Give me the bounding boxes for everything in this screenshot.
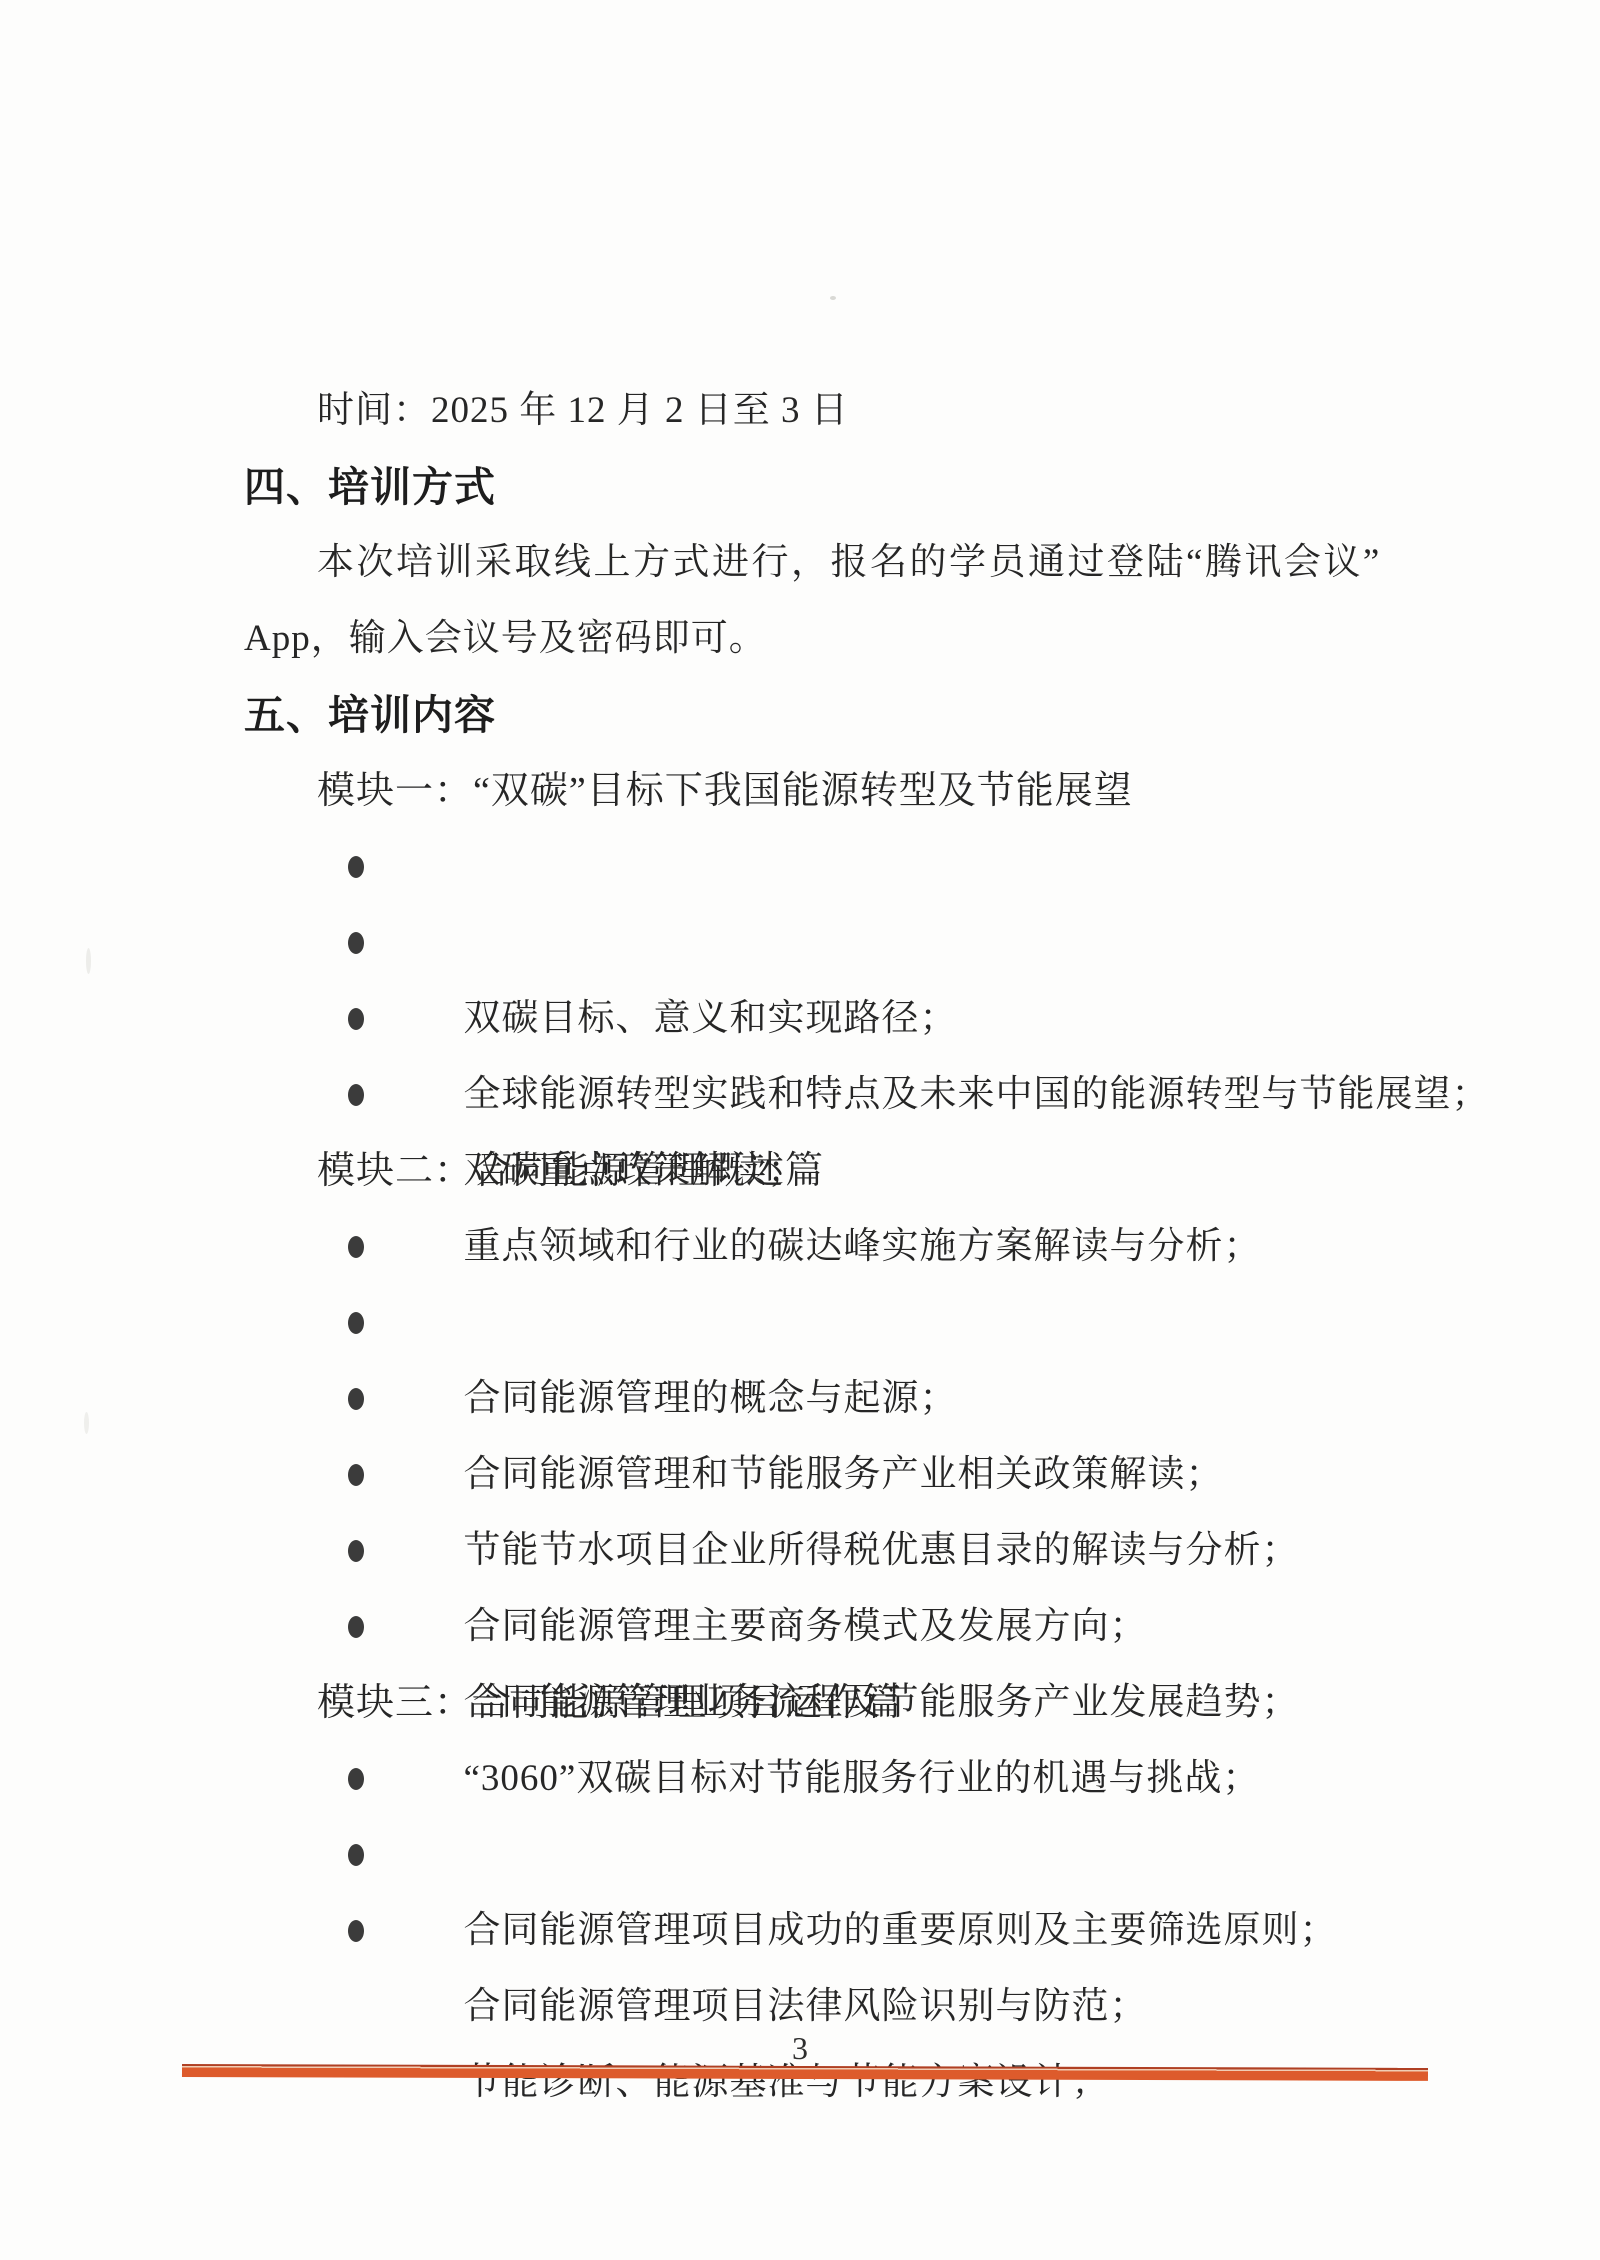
section-4-paragraph-line-2: App，输入会议号及密码即可。 xyxy=(244,601,1440,677)
bullet-item: 双碳目标、意义和实现路径； xyxy=(244,829,1440,905)
document-body: 时间：2025 年 12 月 2 日至 3 日 四、培训方式 本次培训采取线上方… xyxy=(244,373,1440,1969)
bullet-text: 合同能源管理项目法律风险识别与防范； xyxy=(464,1986,1148,2027)
module-1-title: 模块一：“双碳”目标下我国能源转型及节能展望 xyxy=(244,753,1440,829)
bullet-item: 全球能源转型实践和特点及未来中国的能源转型与节能展望； xyxy=(244,905,1440,981)
bullet-item: 合同能源管理业务流程及节能服务产业发展趋势； xyxy=(244,1513,1440,1589)
bullet-icon xyxy=(348,932,364,954)
time-line: 时间：2025 年 12 月 2 日至 3 日 xyxy=(244,373,1440,449)
bullet-icon xyxy=(348,1768,364,1790)
section-5-heading: 五、培训内容 xyxy=(244,677,1440,753)
bullet-item: 合同能源管理的概念与起源； xyxy=(244,1209,1440,1285)
footer-rule xyxy=(182,2064,1428,2081)
bullet-icon xyxy=(348,1616,364,1638)
bullet-icon xyxy=(348,1084,364,1106)
bullet-text: 合同能源管理业务流程及节能服务产业发展趋势； xyxy=(464,1682,1300,1723)
bullet-icon xyxy=(348,856,364,878)
bullet-item: 合同能源管理和节能服务产业相关政策解读； xyxy=(244,1285,1440,1361)
section-4-paragraph-line-1: 本次培训采取线上方式进行，报名的学员通过登陆“腾讯会议” xyxy=(244,525,1440,601)
bullet-icon xyxy=(348,1008,364,1030)
bullet-item: 双碳重点政策解读； xyxy=(244,981,1440,1057)
scan-artifact xyxy=(86,948,91,974)
bullet-item: 合同能源管理项目成功的重要原则及主要筛选原则； xyxy=(244,1741,1440,1817)
bullet-item: 合同能源管理项目法律风险识别与防范； xyxy=(244,1817,1440,1893)
section-4-heading: 四、培训方式 xyxy=(244,449,1440,525)
bullet-icon xyxy=(348,1236,364,1258)
bullet-icon xyxy=(348,1312,364,1334)
bullet-item: “3060”双碳目标对节能服务行业的机遇与挑战； xyxy=(244,1589,1440,1665)
bullet-item: 节能诊断、能源基准与节能方案设计； xyxy=(244,1893,1440,1969)
bullet-icon xyxy=(348,1920,364,1942)
bullet-text: 双碳重点政策解读； xyxy=(464,1150,806,1191)
scan-artifact xyxy=(830,296,836,300)
page-number: 3 xyxy=(0,2028,1600,2068)
bullet-icon xyxy=(348,1540,364,1562)
bullet-item: 节能节水项目企业所得税优惠目录的解读与分析； xyxy=(244,1361,1440,1437)
bullet-item: 重点领域和行业的碳达峰实施方案解读与分析； xyxy=(244,1057,1440,1133)
bullet-icon xyxy=(348,1388,364,1410)
scan-artifact xyxy=(84,1412,89,1434)
bullet-item: 合同能源管理主要商务模式及发展方向； xyxy=(244,1437,1440,1513)
document-page: 时间：2025 年 12 月 2 日至 3 日 四、培训方式 本次培训采取线上方… xyxy=(0,0,1600,2260)
bullet-icon xyxy=(348,1844,364,1866)
bullet-icon xyxy=(348,1464,364,1486)
